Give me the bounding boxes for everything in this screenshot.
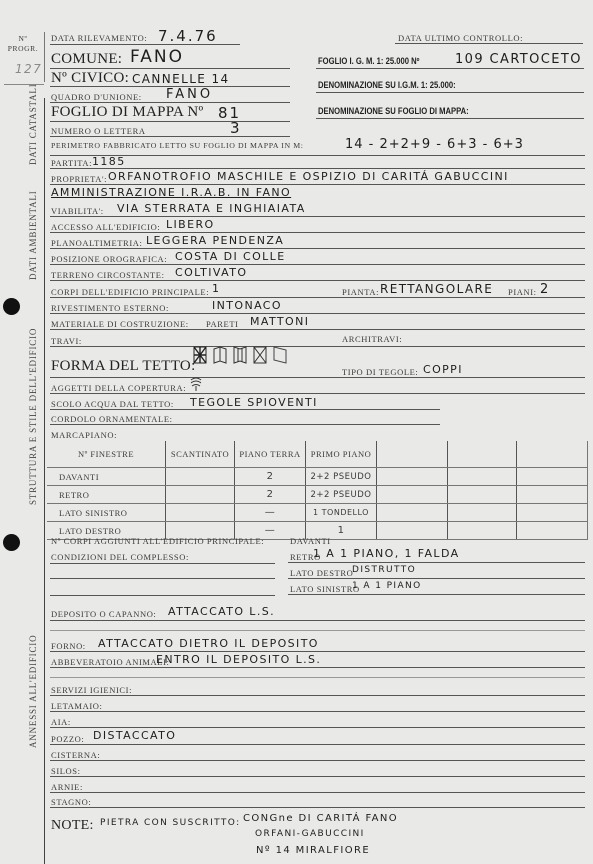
materiale-label: MATERIALE DI COSTRUZIONE: [51, 319, 189, 329]
travi-label: TRAVI: [51, 336, 82, 346]
rule [50, 409, 440, 410]
rule [316, 92, 584, 93]
rule [50, 807, 585, 808]
rule [50, 184, 585, 185]
cell: 2 [235, 486, 306, 504]
cell [517, 504, 588, 522]
cell [448, 486, 517, 504]
rule [50, 313, 585, 314]
cordolo-label: CORDOLO ORNAMENTALE: [51, 414, 173, 424]
rule [50, 329, 585, 330]
materiale-sub-label: PARETI [206, 319, 239, 329]
col-header [377, 441, 448, 468]
rule [50, 280, 585, 281]
aia-label: AIA: [51, 717, 71, 727]
comune-value: FANO [130, 47, 184, 67]
rule [50, 377, 585, 378]
abbeveratoio-value: ENTRO IL DEPOSITO L.S. [156, 653, 321, 666]
col-header: PRIMO PIANO [306, 441, 377, 468]
pianta-value: RETTANGOLARE [380, 282, 493, 296]
rule [50, 792, 585, 793]
rule [50, 776, 585, 777]
foglio-igm-label: FOGLIO I. G. M. 1: 25.000 Nº [318, 56, 419, 66]
rule [50, 232, 585, 233]
abbeveratoio-label: ABBEVERATOIO ANIMALI: [51, 657, 169, 667]
corpi-davanti-label: DAVANTI [290, 536, 331, 546]
rule [50, 695, 585, 696]
cell [448, 504, 517, 522]
viabilita-label: VIABILITA': [51, 206, 104, 216]
rule [50, 121, 290, 122]
punch-hole [3, 298, 20, 315]
perimetro-label: PERIMETRO FABBRICATO LETTO SU FOGLIO DI … [51, 141, 304, 150]
deposito-label: DEPOSITO o CAPANNO: [51, 609, 156, 619]
roof-capanna-icon[interactable] [212, 345, 228, 365]
tipo-tegole-value: COPPI [423, 363, 463, 376]
silos-label: SILOS: [51, 766, 81, 776]
rule [316, 68, 584, 69]
rule [50, 711, 585, 712]
row-label: RETRO [47, 486, 166, 504]
side-label-struttura: STRUTTURA E STILE DELL'EDIFICIO [28, 328, 38, 505]
corpi-destro-value: DISTRUTTO [352, 565, 416, 575]
partita-value: 1185 [92, 155, 126, 168]
col-header: PIANO TERRA [235, 441, 306, 468]
cell [377, 468, 448, 486]
scolo-label: SCOLO ACQUA DAL TETTO: [51, 399, 174, 409]
aggetti-label: AGGETTI DELLA COPERTURA: [51, 383, 186, 393]
cell [448, 522, 517, 540]
cell [517, 522, 588, 540]
data-rilevamento-value: 7.4.76 [158, 27, 218, 45]
materiale-value: MATTONI [250, 315, 309, 328]
terreno-value: COLTIVATO [175, 266, 247, 279]
proprieta-value: ORFANOTROFIO MASCHILE E OSPIZIO DI CARIT… [108, 170, 509, 183]
proprieta-value-2: AMMINISTRAZIONE I.R.A.B. IN FANO [51, 186, 291, 199]
foglio-igm-value: 109 CARTOCETO [455, 52, 582, 67]
comune-label: COMUNE: [51, 51, 122, 68]
rivestimento-value: INTONACO [212, 299, 282, 312]
progr-underline [4, 84, 44, 85]
forno-value: ATTACCATO DIETRO IL DEPOSITO [98, 637, 319, 650]
cell [448, 468, 517, 486]
data-rilevamento-label: DATA RILEVAMENTO: [51, 33, 147, 43]
col-header: SCANTINATO [166, 441, 235, 468]
quadro-label: QUADRO D'UNIONE: [51, 92, 142, 102]
table-header-row: Nº FINESTRE SCANTINATO PIANO TERRA PRIMO… [47, 441, 588, 468]
accesso-value: LIBERO [166, 218, 215, 231]
col-header [448, 441, 517, 468]
corpi-retro-value: 1 A 1 PIANO, 1 FALDA [313, 547, 460, 560]
roof-falda-icon[interactable] [272, 345, 288, 365]
rule [288, 594, 585, 595]
rule [50, 424, 440, 425]
rivestimento-label: RIVESTIMENTO ESTERNO: [51, 303, 169, 313]
civico-label: Nº CIVICO: [51, 70, 129, 87]
denom-igm-label: DENOMINAZIONE SU I.G.M. 1: 25.000: [318, 80, 456, 90]
rule [50, 677, 585, 678]
corpi-sinistro-label: LATO SINISTRO [290, 584, 360, 594]
table-row: DAVANTI 2 2+2 PSEUDO [47, 468, 588, 486]
partita-label: PARTITA: [51, 158, 92, 168]
rule [50, 630, 585, 631]
cell: 2+2 PSEUDO [306, 486, 377, 504]
corpi-aggiunti-label: Nº CORPI AGGIUNTI ALL'EDIFICIO PRINCIPAL… [51, 536, 264, 546]
punch-hole [3, 534, 20, 551]
corpi-label: CORPI DELL'EDIFICIO PRINCIPALE: [51, 287, 209, 297]
rule [50, 578, 275, 579]
cell [517, 468, 588, 486]
cell [377, 504, 448, 522]
rule [50, 667, 585, 668]
col-header: Nº FINESTRE [47, 441, 166, 468]
marcapiano-label: MARCAPIANO: [51, 430, 117, 440]
row-label: DAVANTI [47, 468, 166, 486]
rule [50, 393, 585, 394]
cell [377, 522, 448, 540]
progr-value: 127 [15, 62, 42, 76]
terreno-label: TERRENO CIRCOSTANTE: [51, 270, 165, 280]
rule [50, 155, 585, 156]
cell: 2 [235, 468, 306, 486]
progr-label: Nº PROGR. [6, 34, 40, 54]
windows-table: Nº FINESTRE SCANTINATO PIANO TERRA PRIMO… [47, 441, 588, 540]
aggetti-sketch-icon [189, 376, 203, 392]
tipo-tegole-label: TIPO DI TEGOLE: [342, 367, 418, 377]
pianta-label: PIANTA: [342, 287, 379, 297]
servizi-label: SERVIZI IGIENICI: [51, 685, 132, 695]
rule [50, 346, 585, 347]
table-row: RETRO 2 2+2 PSEUDO [47, 486, 588, 504]
rule [316, 118, 584, 119]
denom-foglio-label: DENOMINAZIONE SU FOGLIO DI MAPPA: [318, 106, 469, 116]
rule [50, 44, 240, 45]
side-label-annessi: ANNESSI ALL'EDIFICIO [28, 635, 38, 748]
col-header [517, 441, 588, 468]
forma-tetto-label: FORMA DEL TETTO: [51, 358, 196, 375]
cell [166, 504, 235, 522]
roof-doppia-falda-icon[interactable] [232, 345, 248, 365]
rule [50, 68, 290, 69]
cell [377, 486, 448, 504]
foglio-mappa-label: FOGLIO DI MAPPA Nº [51, 104, 203, 121]
margin-rule [44, 98, 45, 864]
rule [50, 248, 585, 249]
progr-divider [44, 32, 45, 82]
rule [50, 620, 585, 621]
planoaltimetria-value: LEGGERA PENDENZA [146, 234, 284, 247]
data-ultimo-controllo-label: DATA ULTIMO CONTROLLO: [398, 33, 523, 43]
rule [50, 744, 585, 745]
arnie-label: ARNIE: [51, 782, 83, 792]
rule [395, 43, 583, 44]
roof-crociera-icon[interactable] [252, 345, 268, 365]
forno-label: FORNO: [51, 641, 86, 651]
cisterna-label: CISTERNA: [51, 750, 100, 760]
rule [50, 264, 585, 265]
architravi-label: ARCHITRAVI: [342, 334, 402, 344]
rule [50, 651, 585, 652]
posizione-value: COSTA DI COLLE [175, 250, 286, 263]
numero-value: 3 [230, 119, 242, 137]
condizioni-label: CONDIZIONI DEL COMPLESSO: [51, 552, 189, 562]
note-line-3: Nº 14 MIRALFIORE [256, 845, 370, 856]
table-row: LATO SINISTRO — 1 TONDELLO [47, 504, 588, 522]
rule [50, 727, 585, 728]
note-intro: PIETRA CON SUSCRITTO: [100, 818, 241, 828]
planoaltimetria-label: PLANOALTIMETRIA: [51, 238, 142, 248]
rule [50, 168, 585, 169]
perimetro-value: 14 - 2+2+9 - 6+3 - 6+3 [345, 137, 524, 152]
rule [50, 216, 585, 217]
rule [288, 562, 585, 563]
corpi-value: 1 [212, 282, 220, 295]
pozzo-value: DISTACCATO [93, 729, 176, 742]
scolo-value: TEGOLE SPIOVENTI [190, 396, 318, 409]
note-label: NOTE: [51, 818, 94, 834]
rule [50, 297, 585, 298]
rule [288, 578, 585, 579]
rule [50, 595, 275, 596]
rule [50, 760, 585, 761]
cell [166, 486, 235, 504]
pozzo-label: POZZO: [51, 734, 84, 744]
cell [517, 486, 588, 504]
posizione-label: POSIZIONE OROGRAFICA: [51, 254, 167, 264]
viabilita-value: VIA STERRATA E INGHIAIATA [117, 202, 306, 215]
cell [166, 468, 235, 486]
proprieta-label: PROPRIETA': [51, 174, 107, 184]
accesso-label: ACCESSO ALL'EDIFICIO: [51, 222, 160, 232]
numero-label: NUMERO o LETTERA [51, 126, 146, 136]
civico-value: CANNELLE 14 [132, 72, 230, 86]
piani-label: PIANI: [508, 287, 537, 297]
letamaio-label: LETAMAIO: [51, 701, 102, 711]
note-line-1: CONGne DI CARITÁ FANO [243, 813, 398, 824]
cell: — [235, 504, 306, 522]
cell: 1 TONDELLO [306, 504, 377, 522]
corpi-sinistro-value: 1 A 1 PIANO [352, 581, 422, 591]
rule [50, 102, 290, 103]
deposito-value: ATTACCATO L.S. [168, 605, 275, 618]
row-label: LATO SINISTRO [47, 504, 166, 522]
note-line-2: ORFANI-GABUCCINI [255, 829, 365, 839]
roof-padiglione-icon-selected[interactable] [192, 345, 208, 365]
rule [50, 563, 275, 564]
corpi-destro-label: LATO DESTRO [290, 568, 353, 578]
side-label-catastali: DATI CATASTALI [28, 83, 38, 165]
quadro-value: FANO [166, 87, 213, 102]
cell: 2+2 PSEUDO [306, 468, 377, 486]
side-label-ambientali: DATI AMBIENTALI [28, 190, 38, 280]
stagno-label: STAGNO: [51, 797, 91, 807]
rule [50, 136, 290, 137]
piani-value: 2 [540, 282, 550, 297]
